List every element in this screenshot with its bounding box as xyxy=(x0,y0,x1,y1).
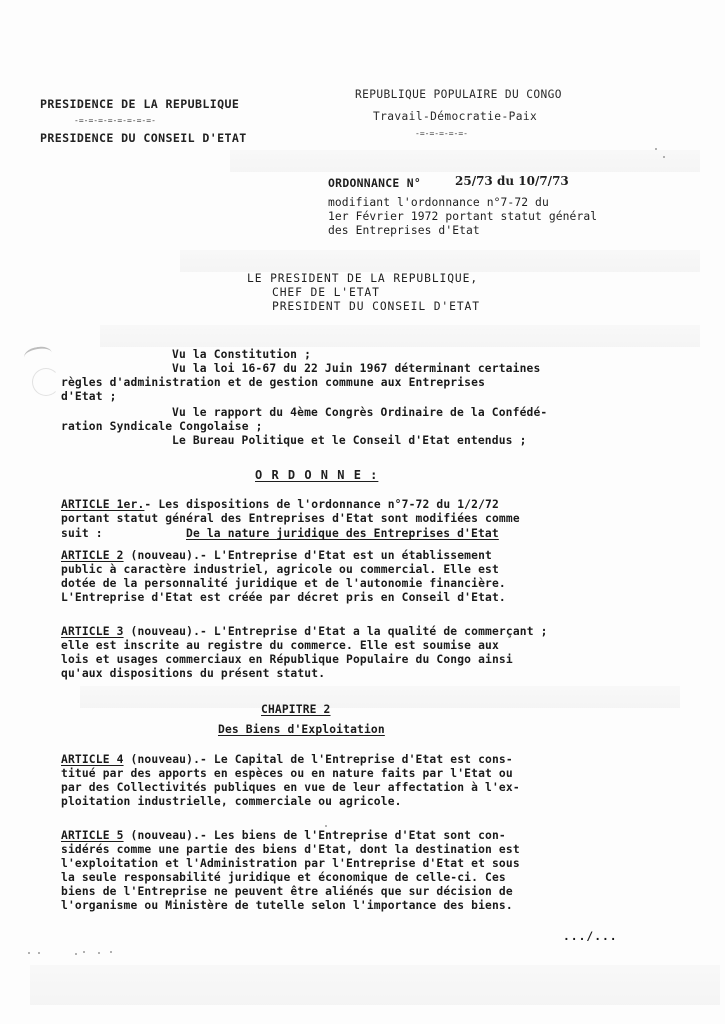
scan-speck xyxy=(98,952,100,954)
article-1-line: ARTICLE 1er.- Les dispositions de l'ordo… xyxy=(61,498,499,512)
article-2-line: dotée de la personnalité juridique et de… xyxy=(61,577,506,591)
article-3-line: ARTICLE 3 (nouveau).- L'Entreprise d'Eta… xyxy=(61,625,548,639)
ordonnance-subtitle-1: modifiant l'ordonnance n°7-72 du xyxy=(328,196,549,210)
punch-hole-mark xyxy=(32,368,60,396)
visa-line: Le Bureau Politique et le Conseil d'Etat… xyxy=(172,434,527,448)
article-2-line: ARTICLE 2 (nouveau).- L'Entreprise d'Eta… xyxy=(61,549,492,563)
header-left-line1: PRESIDENCE DE LA REPUBLIQUE xyxy=(40,97,239,111)
header-right-divider: -=-=-=-=-=- xyxy=(415,129,468,138)
scan-speck xyxy=(655,148,657,150)
article-3-line: elle est inscrite au registre du commerc… xyxy=(61,639,499,653)
president-line2: CHEF DE L'ETAT xyxy=(272,286,380,300)
header-left-divider: -=-=-=-=-=-=-=-=- xyxy=(74,116,156,125)
article-1-line: portant statut général des Entreprises d… xyxy=(61,512,520,526)
chapter-subtitle: Des Biens d'Exploitation xyxy=(218,723,385,737)
continuation-mark: .../... xyxy=(563,930,618,944)
scan-speck xyxy=(110,951,112,953)
article-4-line: titué par des apports en espèces ou en n… xyxy=(61,767,513,781)
article-2-label: ARTICLE 2 xyxy=(61,549,124,562)
article-4-line: ploitation industrielle, commerciale ou … xyxy=(61,795,402,809)
ordonnance-number: 25/73 du 10/7/73 xyxy=(455,174,569,188)
ordonnance-subtitle-2: 1er Février 1972 portant statut général xyxy=(328,210,597,224)
visa-line: Vu la loi 16-67 du 22 Juin 1967 détermin… xyxy=(172,362,540,376)
article-5-line: l'exploitation et l'Administration par l… xyxy=(61,857,520,871)
scan-smudge xyxy=(100,325,700,347)
article-1-line: suit : xyxy=(61,527,103,541)
chapter-title: CHAPITRE 2 xyxy=(261,703,331,717)
article-5-line: biens de l'Entreprise ne peuvent être al… xyxy=(61,885,513,899)
president-line3: PRESIDENT DU CONSEIL D'ETAT xyxy=(272,300,480,314)
article-2-line: public à caractère industriel, agricole … xyxy=(61,563,499,577)
header-right-motto: Travail-Démocratie-Paix xyxy=(373,110,537,123)
article-4-label: ARTICLE 4 xyxy=(61,753,124,766)
scan-smudge xyxy=(80,686,680,708)
article-5-line: ARTICLE 5 (nouveau).- Les biens de l'Ent… xyxy=(61,829,506,843)
scan-speck xyxy=(75,953,77,955)
section-title: De la nature juridique des Entreprises d… xyxy=(186,527,499,541)
article-4-line: par des Collectivités publiques en vue d… xyxy=(61,781,520,795)
article-1-label: ARTICLE 1er. xyxy=(61,498,144,511)
visa-line: règles d'administration et de gestion co… xyxy=(61,376,485,390)
article-5-label: ARTICLE 5 xyxy=(61,829,124,842)
article-5-line: l'organisme ou Ministère de tutelle selo… xyxy=(61,899,513,913)
scan-smudge xyxy=(30,965,720,1005)
president-line1: LE PRESIDENT DE LA REPUBLIQUE, xyxy=(247,272,478,286)
article-3-line: lois et usages commerciaux en République… xyxy=(61,653,513,667)
scan-smudge xyxy=(180,250,700,272)
header-left-line2: PRESIDENCE DU CONSEIL D'ETAT xyxy=(40,131,247,145)
punch-hole-mark xyxy=(23,345,53,366)
visa-line: ration Syndicale Congolaise ; xyxy=(61,420,263,434)
header-right-line1: REPUBLIQUE POPULAIRE DU CONGO xyxy=(355,88,562,101)
ordonnance-label: ORDONNANCE N° xyxy=(328,176,421,190)
ordonnance-subtitle-3: des Entreprises d'Etat xyxy=(328,224,480,238)
scan-speck xyxy=(663,156,665,158)
visa-line: Vu la Constitution ; xyxy=(172,348,311,362)
article-5-line: sidérés comme une partie des biens d'Eta… xyxy=(61,843,520,857)
ordonne-heading: O R D O N N E : xyxy=(255,468,378,482)
scan-speck xyxy=(28,952,30,954)
article-2-line: L'Entreprise d'Etat est créée par décret… xyxy=(61,591,506,605)
scan-speck xyxy=(38,952,40,954)
ordonne-text: O R D O N N E : xyxy=(255,468,378,482)
visa-line: Vu le rapport du 4ème Congrès Ordinaire … xyxy=(172,406,547,420)
article-4-line: ARTICLE 4 (nouveau).- Le Capital de l'En… xyxy=(61,753,513,767)
article-3-label: ARTICLE 3 xyxy=(61,625,124,638)
visa-line: d'Etat ; xyxy=(61,390,117,404)
scan-speck xyxy=(325,825,327,827)
scan-smudge xyxy=(230,150,700,172)
document-page: PRESIDENCE DE LA REPUBLIQUE -=-=-=-=-=-=… xyxy=(0,0,725,1024)
article-5-line: la seule responsabilité juridique et éco… xyxy=(61,871,506,885)
article-3-line: qu'aux dispositions du présent statut. xyxy=(61,667,325,681)
scan-speck xyxy=(83,951,85,953)
